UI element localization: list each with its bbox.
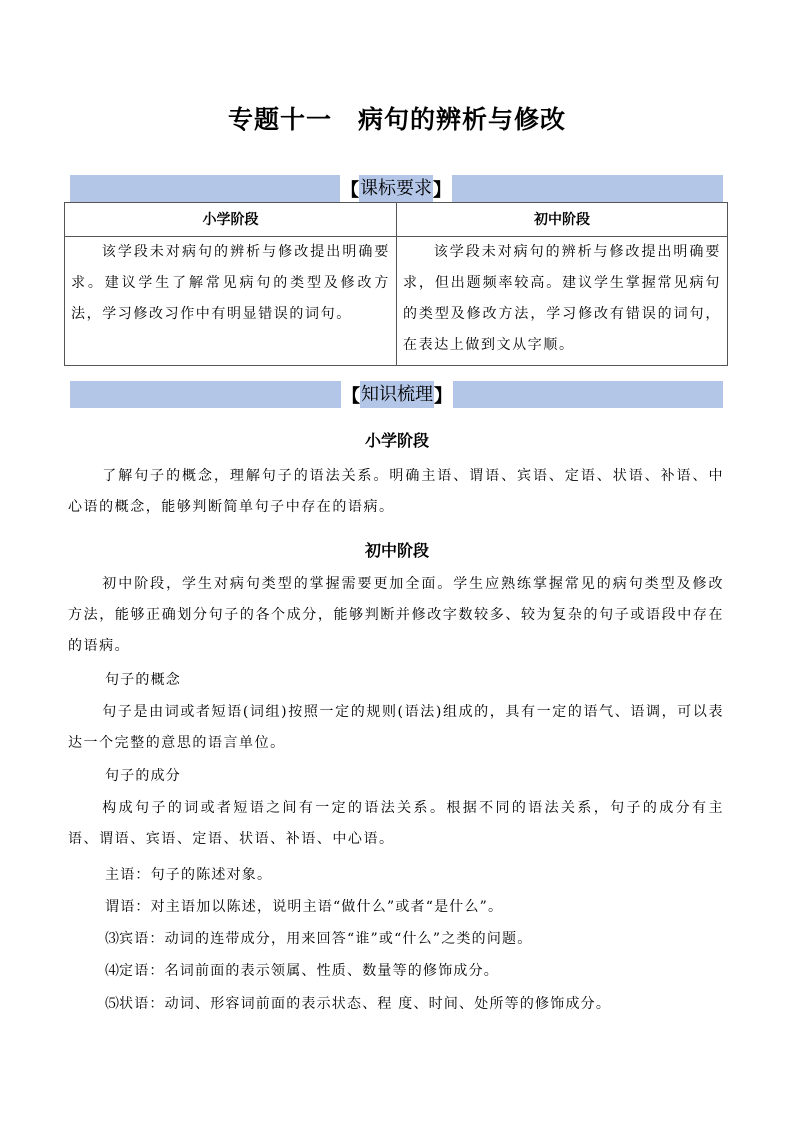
page-title: 专题十一病句的辨析与修改 (0, 103, 794, 137)
list-item-object: ⑶宾语：动词的连带成分，用来回答“谁”或“什么”之类的问题。 (105, 929, 532, 949)
list-item-number: ⑸ (105, 996, 119, 1012)
list-item-text: 主语：句子的陈述对象。 (105, 867, 272, 883)
list-item-text: 谓语：对主语加以陈述，说明主语“做什么”或者“是什么”。 (105, 899, 503, 915)
subheading-primary: 小学阶段 (0, 428, 794, 451)
section-band-curriculum: 【课标要求】 (70, 175, 723, 202)
table-header-row: 小学阶段 初中阶段 (65, 203, 728, 237)
paragraph-junior: 初中阶段，学生对病句类型的掌握需要更加全面。学生应熟练掌握常见的病句类型及修改方… (68, 569, 724, 662)
label-sentence-concept: 句子的概念 (105, 670, 181, 690)
section-band-label-box: 【知识梳理】 (341, 381, 453, 408)
list-item-text: 状语：动词、形容词前面的表示状态、程 度、时间、处所等的修饰成分。 (119, 996, 611, 1012)
table-cell-primary: 该学段未对病句的辨析与修改提出明确要求。建议学生了解常见病句的类型及修改方法，学… (65, 237, 397, 366)
subheading-junior: 初中阶段 (0, 538, 794, 561)
curriculum-table: 小学阶段 初中阶段 该学段未对病句的辨析与修改提出明确要求。建议学生了解常见病句… (64, 202, 728, 366)
bracket-left: 【 (341, 176, 359, 202)
list-item-subject: 主语：句子的陈述对象。 (105, 865, 272, 885)
title-topic-number: 专题十一 (228, 105, 332, 134)
table-header-primary: 小学阶段 (65, 203, 397, 237)
table-cell-junior: 该学段未对病句的辨析与修改提出明确要求，但出题频率较高。建议学生掌握常见病句的类… (397, 237, 728, 366)
list-item-adverbial: ⑸状语：动词、形容词前面的表示状态、程 度、时间、处所等的修饰成分。 (105, 994, 611, 1014)
list-item-number: ⑶ (105, 931, 119, 947)
section-heading-knowledge: 知识梳理 (360, 381, 434, 408)
list-item-attributive: ⑷定语：名词前面的表示领属、性质、数量等的修饰成分。 (105, 961, 499, 981)
bracket-right: 】 (433, 176, 451, 202)
list-item-number: ⑷ (105, 963, 119, 979)
list-item-text: 定语：名词前面的表示领属、性质、数量等的修饰成分。 (119, 963, 499, 979)
section-band-label-box: 【课标要求】 (340, 175, 452, 202)
title-topic-name: 病句的辨析与修改 (358, 105, 566, 134)
table-row: 该学段未对病句的辨析与修改提出明确要求。建议学生了解常见病句的类型及修改方法，学… (65, 237, 728, 366)
list-item-predicate: 谓语：对主语加以陈述，说明主语“做什么”或者“是什么”。 (105, 897, 503, 917)
paragraph-sentence-concept: 句子是由词或者短语(词组)按照一定的规则(语法)组成的，具有一定的语气、语调，可… (68, 697, 724, 759)
paragraph-primary: 了解句子的概念，理解句子的语法关系。明确主语、谓语、宾语、定语、状语、补语、中心… (68, 461, 724, 523)
label-sentence-components: 句子的成分 (105, 766, 181, 786)
section-heading-curriculum: 课标要求 (359, 175, 433, 202)
table-header-junior: 初中阶段 (397, 203, 728, 237)
section-band-knowledge: 【知识梳理】 (70, 381, 723, 408)
bracket-left: 【 (342, 382, 360, 408)
bracket-right: 】 (434, 382, 452, 408)
list-item-text: 宾语：动词的连带成分，用来回答“谁”或“什么”之类的问题。 (119, 931, 532, 947)
paragraph-sentence-components: 构成句子的词或者短语之间有一定的语法关系。根据不同的语法关系，句子的成分有主语、… (68, 793, 724, 855)
